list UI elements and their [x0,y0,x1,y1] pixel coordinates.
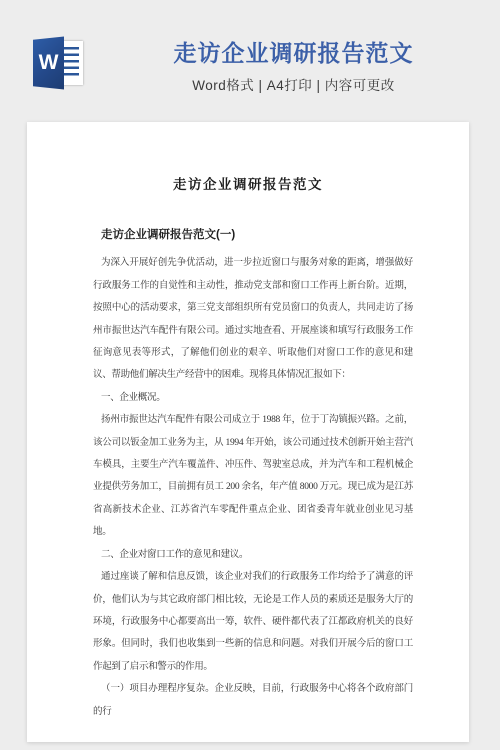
document-paragraph: 为深入开展好创先争优活动，进一步拉近窗口与服务对象的距离，增强做好行政服务工作的… [93,252,413,386]
document-subheading-1: 一、企业概况。 [93,387,413,409]
page-subtitle: Word格式 | A4打印 | 内容可更改 [87,74,500,94]
word-icon-letter: W [39,51,59,75]
document-paragraph: 通过座谈了解和信息反馈，该企业对我们的行政服务工作均给予了满意的评价，他们认为与… [93,566,413,678]
document-paragraph: 扬州市振世达汽车配件有限公司成立于 1988 年，位于丁沟镇振兴路。之前，该公司… [93,409,413,543]
word-icon: W [33,36,87,90]
document-body: 走访企业调研报告范文(一) 为深入开展好创先争优活动，进一步拉近窗口与服务对象的… [93,224,413,723]
preview-screen: W 走访企业调研报告范文 Word格式 | A4打印 | 内容可更改 走访企业调… [0,0,500,750]
document-subheading-2: 二、企业对窗口工作的意见和建议。 [93,544,413,566]
document-page: 走访企业调研报告范文 走访企业调研报告范文(一) 为深入开展好创先争优活动，进一… [27,122,469,742]
document-paragraph: （一）项目办理程序复杂。企业反映，目前，行政服务中心将各个政府部门的行 [93,678,413,723]
document-heading: 走访企业调研报告范文(一) [93,224,413,246]
page-title: 走访企业调研报告范文 [87,40,500,66]
document-title: 走访企业调研报告范文 [27,176,469,194]
header-text: 走访企业调研报告范文 Word格式 | A4打印 | 内容可更改 [87,40,500,94]
header: W 走访企业调研报告范文 Word格式 | A4打印 | 内容可更改 [0,0,500,122]
word-icon-cover: W [33,36,64,90]
